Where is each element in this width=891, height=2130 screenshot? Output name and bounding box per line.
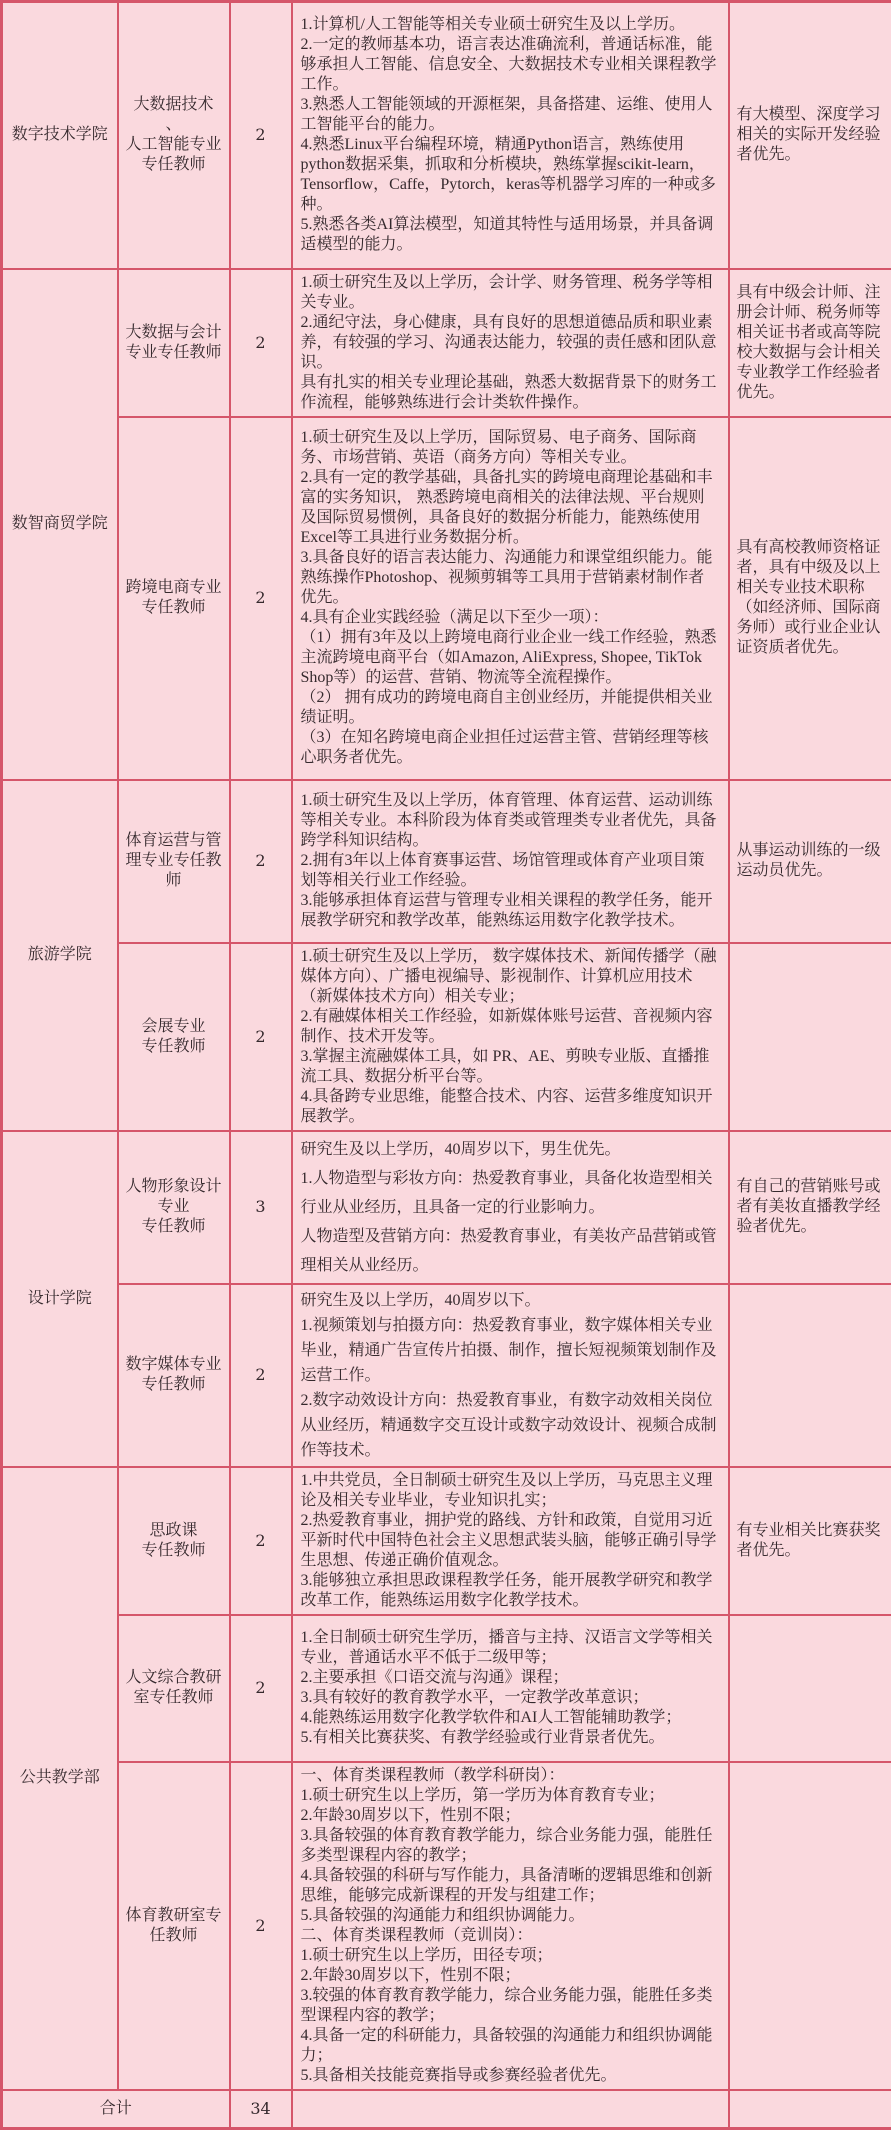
table-row: 人文综合教研室专任教师 2 1.全日制硕士研究生学历，播音与主持、汉语言文学等相… [2, 1615, 891, 1762]
total-row: 合计 34 [2, 2090, 891, 2129]
count-cell: 2 [230, 2, 292, 269]
requirements-cell: 1.硕士研究生及以上学历，体育管理、体育运营、运动训练等相关专业。本科阶段为体育… [292, 780, 729, 943]
requirements-cell: 1.中共党员，全日制硕士研究生及以上学历，马克思主义理论及相关专业毕业，专业知识… [292, 1467, 729, 1615]
requirements-cell: 1.硕士研究生及以上学历，会计学、财务管理、税务学等相关专业。 2.通纪守法，身… [292, 269, 729, 417]
college-cell: 数智商贸学院 [2, 269, 118, 780]
college-cell: 公共教学部 [2, 1467, 118, 2090]
position-cell: 大数据与会计专业专任教师 [118, 269, 230, 417]
count-cell: 2 [230, 1762, 292, 2090]
requirements-cell: 研究生及以上学历，40周岁以下，男生优先。 1.人物造型与彩妆方向：热爱教育事业… [292, 1131, 729, 1284]
position-cell: 大数据技术 、 人工智能专业专任教师 [118, 2, 230, 269]
total-priority-cell [729, 2090, 891, 2129]
table-row: 公共教学部 思政课 专任教师 2 1.中共党员，全日制硕士研究生及以上学历，马克… [2, 1467, 891, 1615]
count-cell: 2 [230, 943, 292, 1131]
priority-cell [729, 1615, 891, 1762]
total-label-cell: 合计 [2, 2090, 230, 2129]
position-cell: 会展专业 专任教师 [118, 943, 230, 1131]
position-cell: 人文综合教研室专任教师 [118, 1615, 230, 1762]
total-requirements-cell [292, 2090, 729, 2129]
recruitment-table: 数字技术学院 大数据技术 、 人工智能专业专任教师 2 1.计算机/人工智能等相… [0, 0, 891, 2130]
table-row: 设计学院 人物形象设计专业 专任教师 3 研究生及以上学历，40周岁以下，男生优… [2, 1131, 891, 1284]
count-cell: 3 [230, 1131, 292, 1284]
college-cell: 数字技术学院 [2, 2, 118, 269]
position-cell: 数字媒体专业专任教师 [118, 1284, 230, 1467]
requirements-cell: 研究生及以上学历，40周岁以下。 1.视频策划与拍摄方向：热爱教育事业，数字媒体… [292, 1284, 729, 1467]
priority-cell: 有专业相关比赛获奖者优先。 [729, 1467, 891, 1615]
priority-cell: 从事运动训练的一级运动员优先。 [729, 780, 891, 943]
priority-cell [729, 1762, 891, 2090]
requirements-cell: 一、体育类课程教师（教学科研岗）： 1.硕士研究生以上学历，第一学历为体育教育专… [292, 1762, 729, 2090]
priority-cell: 有大模型、深度学习相关的实际开发经验者优先。 [729, 2, 891, 269]
position-cell: 跨境电商专业专任教师 [118, 417, 230, 780]
requirements-cell: 1.硕士研究生及以上学历，国际贸易、电子商务、国际商务、市场营销、英语（商务方向… [292, 417, 729, 780]
position-cell: 思政课 专任教师 [118, 1467, 230, 1615]
priority-cell: 具有中级会计师、注册会计师、税务师等相关证书者或高等院校大数据与会计相关专业教学… [729, 269, 891, 417]
priority-cell: 有自己的营销账号或者有美妆直播教学经验者优先。 [729, 1131, 891, 1284]
requirements-cell: 1.计算机/人工智能等相关专业硕士研究生及以上学历。 2.一定的教师基本功，语言… [292, 2, 729, 269]
count-cell: 2 [230, 1284, 292, 1467]
table-row: 会展专业 专任教师 2 1.硕士研究生及以上学历， 数字媒体技术、新闻传播学（融… [2, 943, 891, 1131]
priority-cell [729, 943, 891, 1131]
priority-cell [729, 1284, 891, 1467]
count-cell: 2 [230, 1615, 292, 1762]
table-row: 体育教研室专任教师 2 一、体育类课程教师（教学科研岗）： 1.硕士研究生以上学… [2, 1762, 891, 2090]
college-cell: 设计学院 [2, 1131, 118, 1467]
table-row: 数字媒体专业专任教师 2 研究生及以上学历，40周岁以下。 1.视频策划与拍摄方… [2, 1284, 891, 1467]
count-cell: 2 [230, 417, 292, 780]
requirements-cell: 1.全日制硕士研究生学历，播音与主持、汉语言文学等相关专业，普通话水平不低于二级… [292, 1615, 729, 1762]
table-row: 跨境电商专业专任教师 2 1.硕士研究生及以上学历，国际贸易、电子商务、国际商务… [2, 417, 891, 780]
count-cell: 2 [230, 1467, 292, 1615]
college-cell: 旅游学院 [2, 780, 118, 1131]
position-cell: 体育运营与管理专业专任教师 [118, 780, 230, 943]
requirements-cell: 1.硕士研究生及以上学历， 数字媒体技术、新闻传播学（融媒体方向）、广播电视编导… [292, 943, 729, 1131]
count-cell: 2 [230, 269, 292, 417]
table-row: 数字技术学院 大数据技术 、 人工智能专业专任教师 2 1.计算机/人工智能等相… [2, 2, 891, 269]
position-cell: 体育教研室专任教师 [118, 1762, 230, 2090]
recruitment-document: 数字技术学院 大数据技术 、 人工智能专业专任教师 2 1.计算机/人工智能等相… [0, 0, 891, 2130]
total-count-cell: 34 [230, 2090, 292, 2129]
table-row: 旅游学院 体育运营与管理专业专任教师 2 1.硕士研究生及以上学历，体育管理、体… [2, 780, 891, 943]
table-row: 数智商贸学院 大数据与会计专业专任教师 2 1.硕士研究生及以上学历，会计学、财… [2, 269, 891, 417]
count-cell: 2 [230, 780, 292, 943]
priority-cell: 具有高校教师资格证者，具有中级及以上相关专业技术职称（如经济师、国际商务师）或行… [729, 417, 891, 780]
position-cell: 人物形象设计专业 专任教师 [118, 1131, 230, 1284]
